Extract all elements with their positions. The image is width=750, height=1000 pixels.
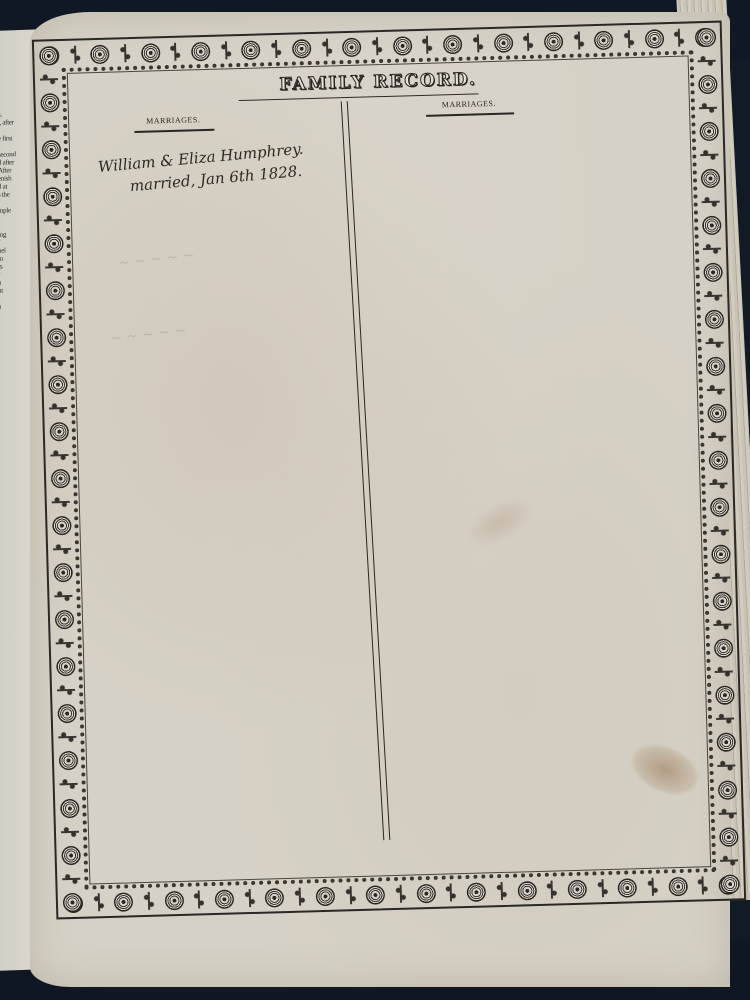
rosette-icon xyxy=(57,704,77,724)
rosette-icon xyxy=(567,879,587,899)
scroll-icon xyxy=(53,543,71,555)
rosette-icon xyxy=(46,328,66,348)
scroll-icon xyxy=(703,243,721,255)
rosette-icon xyxy=(56,657,76,677)
rosette-icon xyxy=(191,41,211,61)
scroll-icon xyxy=(294,887,306,905)
scroll-icon xyxy=(119,44,131,62)
rosette-icon xyxy=(39,46,59,66)
scroll-icon xyxy=(495,882,507,900)
rosette-icon xyxy=(52,516,72,536)
scroll-icon xyxy=(705,337,723,349)
scroll-icon xyxy=(472,34,484,52)
rosette-icon xyxy=(241,40,261,60)
column-heading-left: MARRIAGES. xyxy=(146,115,200,126)
scroll-icon xyxy=(321,38,333,56)
scroll-icon xyxy=(711,525,729,537)
scroll-icon xyxy=(647,878,659,896)
scroll-icon xyxy=(673,29,685,47)
scroll-icon xyxy=(709,478,727,490)
scroll-icon xyxy=(62,872,80,884)
scroll-icon xyxy=(701,196,719,208)
rosette-icon xyxy=(315,886,335,906)
rosette-icon xyxy=(366,885,386,905)
rosette-icon xyxy=(90,44,110,64)
scroll-icon xyxy=(50,449,68,461)
rosette-icon xyxy=(443,34,463,54)
rosette-icon xyxy=(594,30,614,50)
rosette-icon xyxy=(696,28,716,48)
rosette-icon xyxy=(48,375,68,395)
scroll-icon xyxy=(720,854,738,866)
rosette-icon xyxy=(712,592,732,612)
scroll-icon xyxy=(46,308,64,320)
scroll-icon xyxy=(45,261,63,273)
rosette-icon xyxy=(60,798,80,818)
rosette-icon xyxy=(215,889,235,909)
scroll-icon xyxy=(52,496,70,508)
rosette-icon xyxy=(645,29,665,49)
scroll-icon xyxy=(143,892,155,910)
rosette-icon xyxy=(58,751,78,771)
rosette-icon xyxy=(49,422,69,442)
column-heading-right: MARRIAGES. xyxy=(442,99,496,110)
family-record-page: FAMILY RECORD. MARRIAGES. MARRIAGES. Wil… xyxy=(30,12,730,987)
scroll-icon xyxy=(421,36,433,54)
rosette-icon xyxy=(45,281,65,301)
scroll-icon xyxy=(243,889,255,907)
rosette-icon xyxy=(705,357,725,377)
scroll-icon xyxy=(716,713,734,725)
scroll-icon xyxy=(344,886,356,904)
scroll-icon xyxy=(92,893,104,911)
rosette-icon xyxy=(707,404,727,424)
scroll-icon xyxy=(48,355,66,367)
scroll-icon xyxy=(572,31,584,49)
rosette-icon xyxy=(50,469,70,489)
scroll-icon xyxy=(713,619,731,631)
rosette-icon xyxy=(711,545,731,565)
scroll-icon xyxy=(700,149,718,161)
rosette-icon xyxy=(709,498,729,518)
scroll-icon xyxy=(704,290,722,302)
rosette-icon xyxy=(703,263,723,283)
rosette-icon xyxy=(164,890,184,910)
scroll-icon xyxy=(707,384,725,396)
rosette-icon xyxy=(292,39,312,59)
rosette-icon xyxy=(493,33,513,53)
rosette-icon xyxy=(708,451,728,471)
rosette-icon xyxy=(618,878,638,898)
rosette-icon xyxy=(141,43,161,63)
rosette-icon xyxy=(467,882,487,902)
rosette-icon xyxy=(720,874,740,894)
rosette-icon xyxy=(702,216,722,236)
rosette-icon xyxy=(544,31,564,51)
scroll-icon xyxy=(42,167,60,179)
scroll-icon xyxy=(56,637,74,649)
scroll-icon xyxy=(719,807,737,819)
rosette-icon xyxy=(416,883,436,903)
scroll-icon xyxy=(371,37,383,55)
rosette-icon xyxy=(393,36,413,56)
scroll-icon xyxy=(270,40,282,58)
rosette-icon xyxy=(719,827,739,847)
rosette-icon xyxy=(42,187,62,207)
scroll-icon xyxy=(58,731,76,743)
rosette-icon xyxy=(716,733,736,753)
rosette-icon xyxy=(517,881,537,901)
scroll-icon xyxy=(41,120,59,132)
scroll-icon xyxy=(445,883,457,901)
rosette-icon xyxy=(44,234,64,254)
scroll-icon xyxy=(54,590,72,602)
rosette-icon xyxy=(717,780,737,800)
scroll-icon xyxy=(708,431,726,443)
scroll-icon xyxy=(522,33,534,51)
rosette-icon xyxy=(114,892,134,912)
rosette-icon xyxy=(699,122,719,142)
rosette-icon xyxy=(715,686,735,706)
rosette-icon xyxy=(265,888,285,908)
scroll-icon xyxy=(44,214,62,226)
scroll-icon xyxy=(395,885,407,903)
scroll-icon xyxy=(61,825,79,837)
scroll-icon xyxy=(715,666,733,678)
ornamental-border: FAMILY RECORD. MARRIAGES. MARRIAGES. Wil… xyxy=(32,21,746,920)
scroll-icon xyxy=(57,684,75,696)
rosette-icon xyxy=(54,610,74,630)
scroll-icon xyxy=(59,778,77,790)
scroll-icon xyxy=(220,41,232,59)
rosette-icon xyxy=(53,563,73,583)
rosette-icon xyxy=(668,876,688,896)
scroll-icon xyxy=(717,760,735,772)
rosette-icon xyxy=(704,310,724,330)
rosette-icon xyxy=(41,140,61,160)
rosette-icon xyxy=(700,169,720,189)
scroll-icon xyxy=(193,890,205,908)
rosette-icon xyxy=(342,37,362,57)
scroll-icon xyxy=(596,879,608,897)
rosette-icon xyxy=(62,892,82,912)
scroll-icon xyxy=(623,30,635,48)
scroll-icon xyxy=(169,43,181,61)
scroll-icon xyxy=(69,45,81,63)
scroll-icon xyxy=(697,876,709,894)
scroll-icon xyxy=(546,880,558,898)
scroll-icon xyxy=(699,102,717,114)
rosette-icon xyxy=(713,639,733,659)
scroll-icon xyxy=(712,572,730,584)
rosette-icon xyxy=(61,845,81,865)
scroll-icon xyxy=(49,402,67,414)
